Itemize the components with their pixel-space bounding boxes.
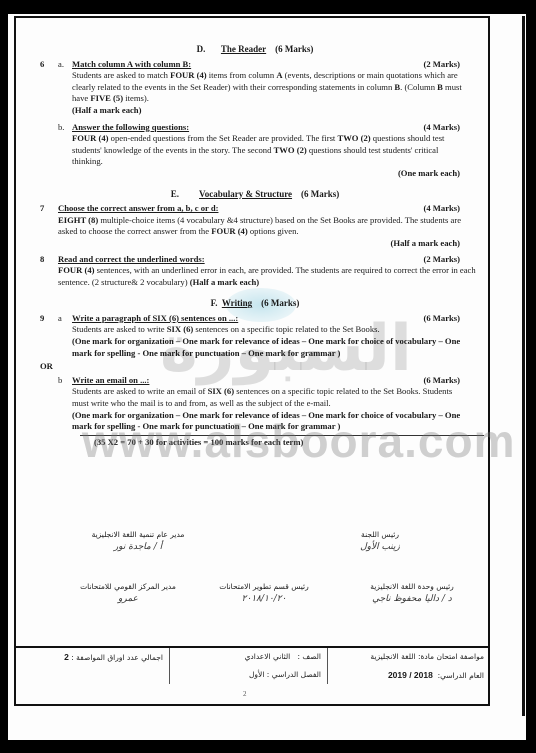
info-grade: الصف : الثاني الاعدادي	[170, 647, 328, 666]
question-9a: 9 a Write a paragraph of SIX (6) sentenc…	[20, 313, 490, 359]
section-e-title: E. Vocabulary & Structure (6 Marks)	[20, 189, 490, 201]
question-7-description: EIGHT (8) multiple-choice items (4 vocab…	[58, 215, 490, 238]
exam-info-table: مواصفة امتحان مادة: اللغة الانجليزية الص…	[14, 646, 490, 684]
section-f-title: F. Writing (6 Marks)	[20, 298, 490, 310]
question-6b-description: FOUR (4) open-ended questions from the S…	[72, 133, 490, 168]
info-term: الفصل الدراسي : الأول	[170, 666, 328, 684]
info-sheets: اجمالي عدد اوراق المواصفة : 2	[14, 647, 170, 666]
question-8: 8 Read and correct the underlined words:…	[20, 254, 490, 289]
question-8-description: FOUR (4) sentences, with an underlined e…	[58, 265, 490, 288]
info-year: العام الدراسي: 2019 / 2018	[328, 666, 491, 684]
signature-english-director: مدير عام تنمية اللغة الانجليزية أ / ماجد…	[78, 530, 198, 552]
question-6b: b. Answer the following questions:(4 Mar…	[20, 122, 490, 180]
question-6a-description: Students are asked to match FOUR (4) ite…	[72, 70, 490, 105]
watermark-url: www.alsboora.com	[82, 414, 516, 468]
question-7: 7 Choose the correct answer from a, b, c…	[20, 203, 490, 249]
outer-border-line	[522, 16, 525, 716]
question-6a: 6 a. Match column A with column B:(2 Mar…	[20, 59, 490, 117]
signature-exam-dev-head: رئيس قسم تطوير الامتحانات ٢٠١٨/١٠/٢٠	[204, 582, 324, 604]
info-spec: مواصفة امتحان مادة: اللغة الانجليزية	[328, 647, 491, 666]
signature-committee-head: رئيس اللجنة زينب الأول	[330, 530, 430, 552]
question-9a-description: Students are asked to write SIX (6) sent…	[72, 324, 490, 336]
section-d-title: D. The Reader (6 Marks)	[20, 44, 490, 56]
spec-content: D. The Reader (6 Marks) 6 a. Match colum…	[20, 42, 490, 448]
page-number: 2	[243, 690, 247, 698]
or-label: OR	[20, 361, 490, 373]
signature-english-unit-head: رئيس وحدة اللغة الانجليزية د / داليا محف…	[352, 582, 472, 604]
question-9b-description: Students are asked to write an email of …	[72, 386, 490, 409]
signature-national-center-director: مدير المركز القومي للامتحانات عمرو	[68, 582, 188, 604]
